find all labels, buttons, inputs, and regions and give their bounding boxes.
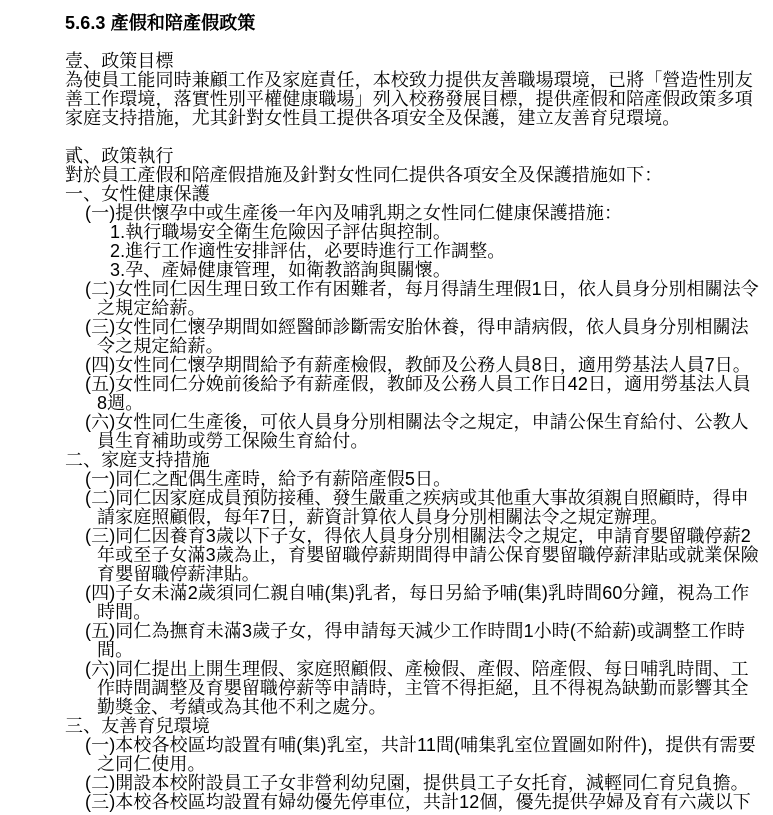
part-family-support-title: 二、家庭支持措施 — [65, 451, 759, 470]
sub-list-item: 2.進行工作適性安排評估，必要時進行工作調整。 — [110, 242, 759, 261]
section-goal-title: 壹、政策目標 — [65, 52, 759, 71]
list-item: (二)女性同仁因生理日致工作有困難者，每月得請生理假1日，依人員身分別相關法令之… — [97, 280, 759, 318]
list-item: (三)女性同仁懷孕期間如經醫師診斷需安胎休養，得申請病假，依人員身分別相關法令之… — [97, 318, 759, 356]
list-item: (五)同仁為撫育未滿3歲子女，得申請每天減少工作時間1小時(不給薪)或調整工作時… — [97, 622, 759, 660]
list-item: (四)子女未滿2歲須同仁親自哺(集)乳者，每日另給予哺(集)乳時間60分鐘，視為… — [97, 584, 759, 622]
list-item: (一)本校各校區均設置有哺(集)乳室，共計11間(哺集乳室位置圖如附件)，提供有… — [97, 736, 759, 774]
blank-line — [65, 128, 759, 147]
document-heading: 5.6.3 產假和陪產假政策 — [65, 14, 759, 33]
list-item: (五)女性同仁分娩前後給予有薪產假，教師及公務人員工作日42日，適用勞基法人員8… — [97, 375, 759, 413]
section-goal-body: 為使員工能同時兼顧工作及家庭責任，本校致力提供友善職場環境，已將「營造性別友善工… — [65, 71, 759, 128]
section-execution-title: 貳、政策執行 — [65, 147, 759, 166]
list-item: (三)同仁因養育3歲以下子女，得依人員身分別相關法令之規定，申請育嬰留職停薪2年… — [97, 527, 759, 584]
policy-document-page: 5.6.3 產假和陪產假政策 壹、政策目標 為使員工能同時兼顧工作及家庭責任，本… — [0, 0, 773, 815]
part-women-health-title: 一、女性健康保護 — [65, 185, 759, 204]
section-execution-intro: 對於員工產假和陪產假措施及針對女性同仁提供各項安全及保護措施如下： — [65, 166, 759, 185]
list-item: (三)本校各校區均設置有婦幼優先停車位，共計12個，優先提供孕婦及育有六歲以下 — [97, 793, 759, 812]
list-item: (一)提供懷孕中或生產後一年內及哺乳期之女性同仁健康保護措施： — [97, 204, 759, 223]
list-item: (二)同仁因家庭成員預防接種、發生嚴重之疾病或其他重大事故須親自照顧時，得申請家… — [97, 489, 759, 527]
list-item: (二)開設本校附設員工子女非營利幼兒園，提供員工子女托育，減輕同仁育兒負擔。 — [97, 774, 759, 793]
list-item: (六)女性同仁生產後，可依人員身分別相關法令之規定，申請公保生育給付、公教人員生… — [97, 413, 759, 451]
list-item: (一)同仁之配偶生產時，給予有薪陪產假5日。 — [97, 470, 759, 489]
sub-list-item: 1.執行職場安全衛生危險因子評估與控制。 — [110, 223, 759, 242]
blank-line — [65, 33, 759, 52]
part-child-friendly-title: 三、友善育兒環境 — [65, 717, 759, 736]
sub-list-item: 3.孕、產婦健康管理，如衛教諮詢與關懷。 — [110, 261, 759, 280]
list-item: (六)同仁提出上開生理假、家庭照顧假、產檢假、產假、陪產假、每日哺乳時間、工作時… — [97, 660, 759, 717]
list-item: (四)女性同仁懷孕期間給予有薪產檢假，教師及公務人員8日，適用勞基法人員7日。 — [97, 356, 759, 375]
